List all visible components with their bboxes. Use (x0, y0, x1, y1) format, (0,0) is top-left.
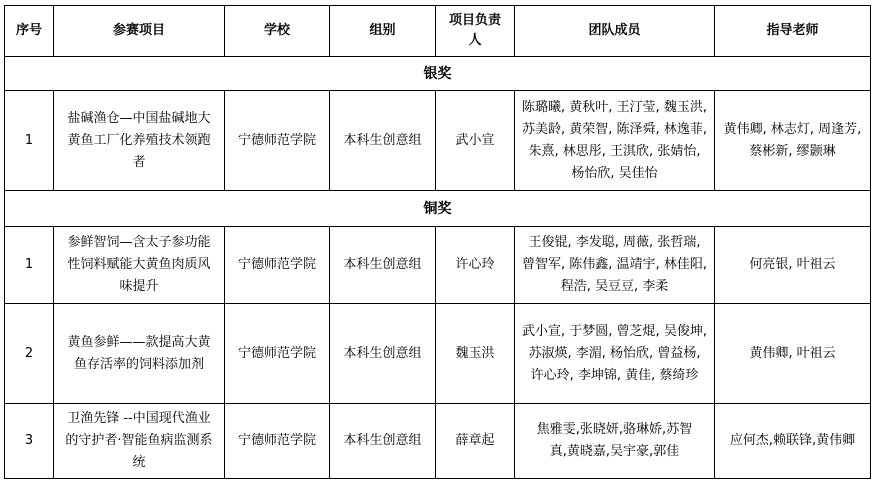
cell-team: 陈璐曦, 黄秋叶, 王汀莹, 魏玉洪, 苏美龄, 黄荣智, 陈泽舜, 林逸菲, … (515, 91, 715, 191)
cell-advisor: 黄伟卿, 林志灯, 周逢芳, 蔡彬新, 缪颢琳 (715, 91, 871, 191)
header-group: 组别 (330, 6, 436, 57)
cell-group: 本科生创意组 (330, 91, 436, 191)
cell-school: 宁德师范学院 (225, 304, 330, 404)
cell-leader: 魏玉洪 (436, 304, 515, 404)
table-row: 1 参鲜智饲—含太子参功能性饲料赋能大黄鱼肉质风味提升 宁德师范学院 本科生创意… (5, 227, 871, 304)
cell-team: 武小宣, 于梦圆, 曾芝焜, 吴俊坤, 苏淑煐, 李湄, 杨怡欣, 曾益杨, 许… (515, 304, 715, 404)
cell-leader: 武小宣 (436, 91, 515, 191)
header-leader: 项目负责人 (436, 6, 515, 57)
cell-team: 焦雅雯,张晓妍,骆琳娇,苏智真,黄晓嘉,吴宇豪,郭佳 (515, 404, 715, 479)
cell-team: 王俊锟, 李发聪, 周薇, 张哲瑞, 曾智军, 陈伟鑫, 温靖宇, 林佳阳, 程… (515, 227, 715, 304)
cell-group: 本科生创意组 (330, 304, 436, 404)
header-team: 团队成员 (515, 6, 715, 57)
cell-group: 本科生创意组 (330, 227, 436, 304)
cell-index: 3 (5, 404, 54, 479)
cell-project: 盐碱渔仓—中国盐碱地大黄鱼工厂化养殖技术领跑者 (54, 91, 225, 191)
header-advisor: 指导老师 (715, 6, 871, 57)
cell-project: 参鲜智饲—含太子参功能性饲料赋能大黄鱼肉质风味提升 (54, 227, 225, 304)
table-row: 2 黄鱼参鲜——款提高大黄鱼存活率的饲料添加剂 宁德师范学院 本科生创意组 魏玉… (5, 304, 871, 404)
table-row: 1 盐碱渔仓—中国盐碱地大黄鱼工厂化养殖技术领跑者 宁德师范学院 本科生创意组 … (5, 91, 871, 191)
cell-group: 本科生创意组 (330, 404, 436, 479)
cell-project: 黄鱼参鲜——款提高大黄鱼存活率的饲料添加剂 (54, 304, 225, 404)
header-index: 序号 (5, 6, 54, 57)
cell-index: 1 (5, 227, 54, 304)
section-silver: 银奖 (5, 57, 871, 91)
cell-index: 1 (5, 91, 54, 191)
section-title-bronze: 铜奖 (5, 191, 871, 227)
header-row: 序号 参赛项目 学校 组别 项目负责人 团队成员 指导老师 (5, 6, 871, 57)
section-title-silver: 银奖 (5, 57, 871, 91)
cell-project: 卫渔先锋 --中国现代渔业的守护者·智能鱼病监测系统 (54, 404, 225, 479)
cell-leader: 许心玲 (436, 227, 515, 304)
awards-table: 序号 参赛项目 学校 组别 项目负责人 团队成员 指导老师 银奖 1 盐碱渔仓—… (4, 5, 871, 479)
cell-advisor: 应何杰,赖联锋,黄伟卿 (715, 404, 871, 479)
cell-index: 2 (5, 304, 54, 404)
header-school: 学校 (225, 6, 330, 57)
cell-advisor: 黄伟卿, 叶祖云 (715, 304, 871, 404)
header-project: 参赛项目 (54, 6, 225, 57)
cell-school: 宁德师范学院 (225, 404, 330, 479)
cell-advisor: 何亮银, 叶祖云 (715, 227, 871, 304)
cell-leader: 薛章起 (436, 404, 515, 479)
cell-school: 宁德师范学院 (225, 227, 330, 304)
table-row: 3 卫渔先锋 --中国现代渔业的守护者·智能鱼病监测系统 宁德师范学院 本科生创… (5, 404, 871, 479)
cell-school: 宁德师范学院 (225, 91, 330, 191)
section-bronze: 铜奖 (5, 191, 871, 227)
